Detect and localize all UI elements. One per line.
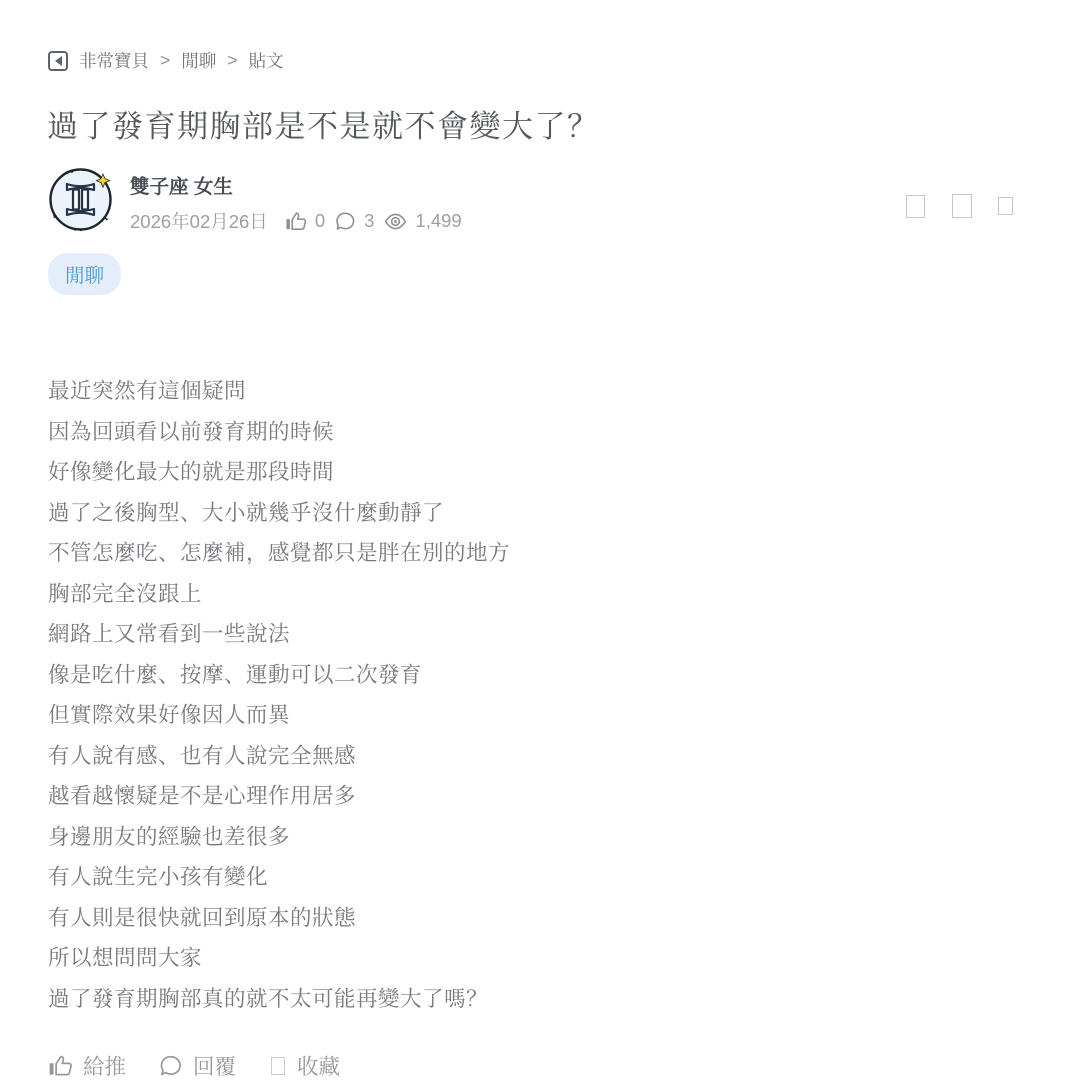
post-date: 2026年02月26日 [130, 208, 268, 234]
like-button[interactable]: 給推 [48, 1050, 126, 1080]
comment-count: 3 [334, 210, 374, 233]
eye-icon [383, 210, 408, 233]
comment-bubble-icon [334, 210, 357, 233]
toolbar-icon-placeholder-1[interactable] [906, 195, 925, 218]
breadcrumb-separator: > [160, 50, 170, 71]
comment-count-value: 3 [364, 210, 374, 232]
post-body-line: 因為回頭看以前發育期的時候 [48, 412, 510, 453]
post-body-line: 身邊朋友的經驗也差很多 [48, 817, 510, 858]
post-body-line: 好像變化最大的就是那段時間 [48, 452, 510, 493]
like-button-label: 給推 [83, 1050, 126, 1080]
post-body: 最近突然有這個疑問 因為回頭看以前發育期的時候 好像變化最大的就是那段時間 過了… [48, 371, 510, 1019]
post-body-line: 有人說有感、也有人說完全無感 [48, 736, 510, 777]
breadcrumb-board[interactable]: 非常寶貝 [79, 48, 149, 73]
gemini-zodiac-avatar[interactable] [47, 166, 114, 233]
bookmark-button-label: 收藏 [297, 1050, 340, 1080]
breadcrumb-category[interactable]: 閒聊 [181, 48, 216, 73]
like-count: 0 [285, 210, 325, 233]
post-meta-row: 2026年02月26日 0 3 1,499 [130, 208, 462, 234]
post-body-line: 但實際效果好像因人而異 [48, 695, 510, 736]
thumbs-up-icon [285, 210, 308, 233]
post-body-line: 不管怎麼吃、怎麼補，感覺都只是胖在別的地方 [48, 533, 510, 574]
post-body-line: 越看越懷疑是不是心理作用居多 [48, 776, 510, 817]
author-block: 雙子座 女生 2026年02月26日 0 3 [47, 166, 462, 234]
category-tag[interactable]: 閒聊 [48, 253, 121, 295]
post-body-line: 過了之後胸型、大小就幾乎沒什麼動靜了 [48, 493, 510, 534]
like-count-value: 0 [315, 210, 325, 232]
view-count-value: 1,499 [415, 210, 461, 232]
bookmark-icon-placeholder [271, 1057, 285, 1075]
bookmark-button[interactable]: 收藏 [268, 1050, 340, 1080]
post-body-line: 有人說生完小孩有變化 [48, 857, 510, 898]
post-body-line: 胸部完全沒跟上 [48, 574, 510, 615]
post-body-line: 像是吃什麼、按摩、運動可以二次發育 [48, 655, 510, 696]
toolbar-icon-placeholder-2[interactable] [952, 194, 972, 218]
breadcrumb-separator: > [227, 50, 237, 71]
action-bar: 給推 回覆 收藏 [48, 1050, 340, 1080]
breadcrumb-current: 貼文 [248, 48, 283, 73]
thumbs-up-icon [48, 1053, 74, 1079]
post-toolbar [906, 193, 1016, 221]
toolbar-icon-placeholder-3[interactable] [998, 197, 1013, 215]
breadcrumb: 非常寶貝 > 閒聊 > 貼文 [48, 48, 283, 73]
post-body-line: 所以想問問大家 [48, 938, 510, 979]
view-count: 1,499 [383, 210, 461, 233]
post-body-line: 網路上又常看到一些說法 [48, 614, 510, 655]
post-body-line: 最近突然有這個疑問 [48, 371, 510, 412]
post-body-line: 有人則是很快就回到原本的狀態 [48, 898, 510, 939]
reply-button[interactable]: 回覆 [158, 1050, 236, 1080]
page-title: 過了發育期胸部是不是就不會變大了？ [47, 101, 600, 146]
author-name[interactable]: 雙子座 女生 [130, 171, 462, 199]
back-icon[interactable] [48, 51, 68, 71]
reply-button-label: 回覆 [193, 1050, 236, 1080]
comment-bubble-icon [158, 1053, 184, 1079]
post-body-line: 過了發育期胸部真的就不太可能再變大了嗎？ [48, 979, 510, 1020]
